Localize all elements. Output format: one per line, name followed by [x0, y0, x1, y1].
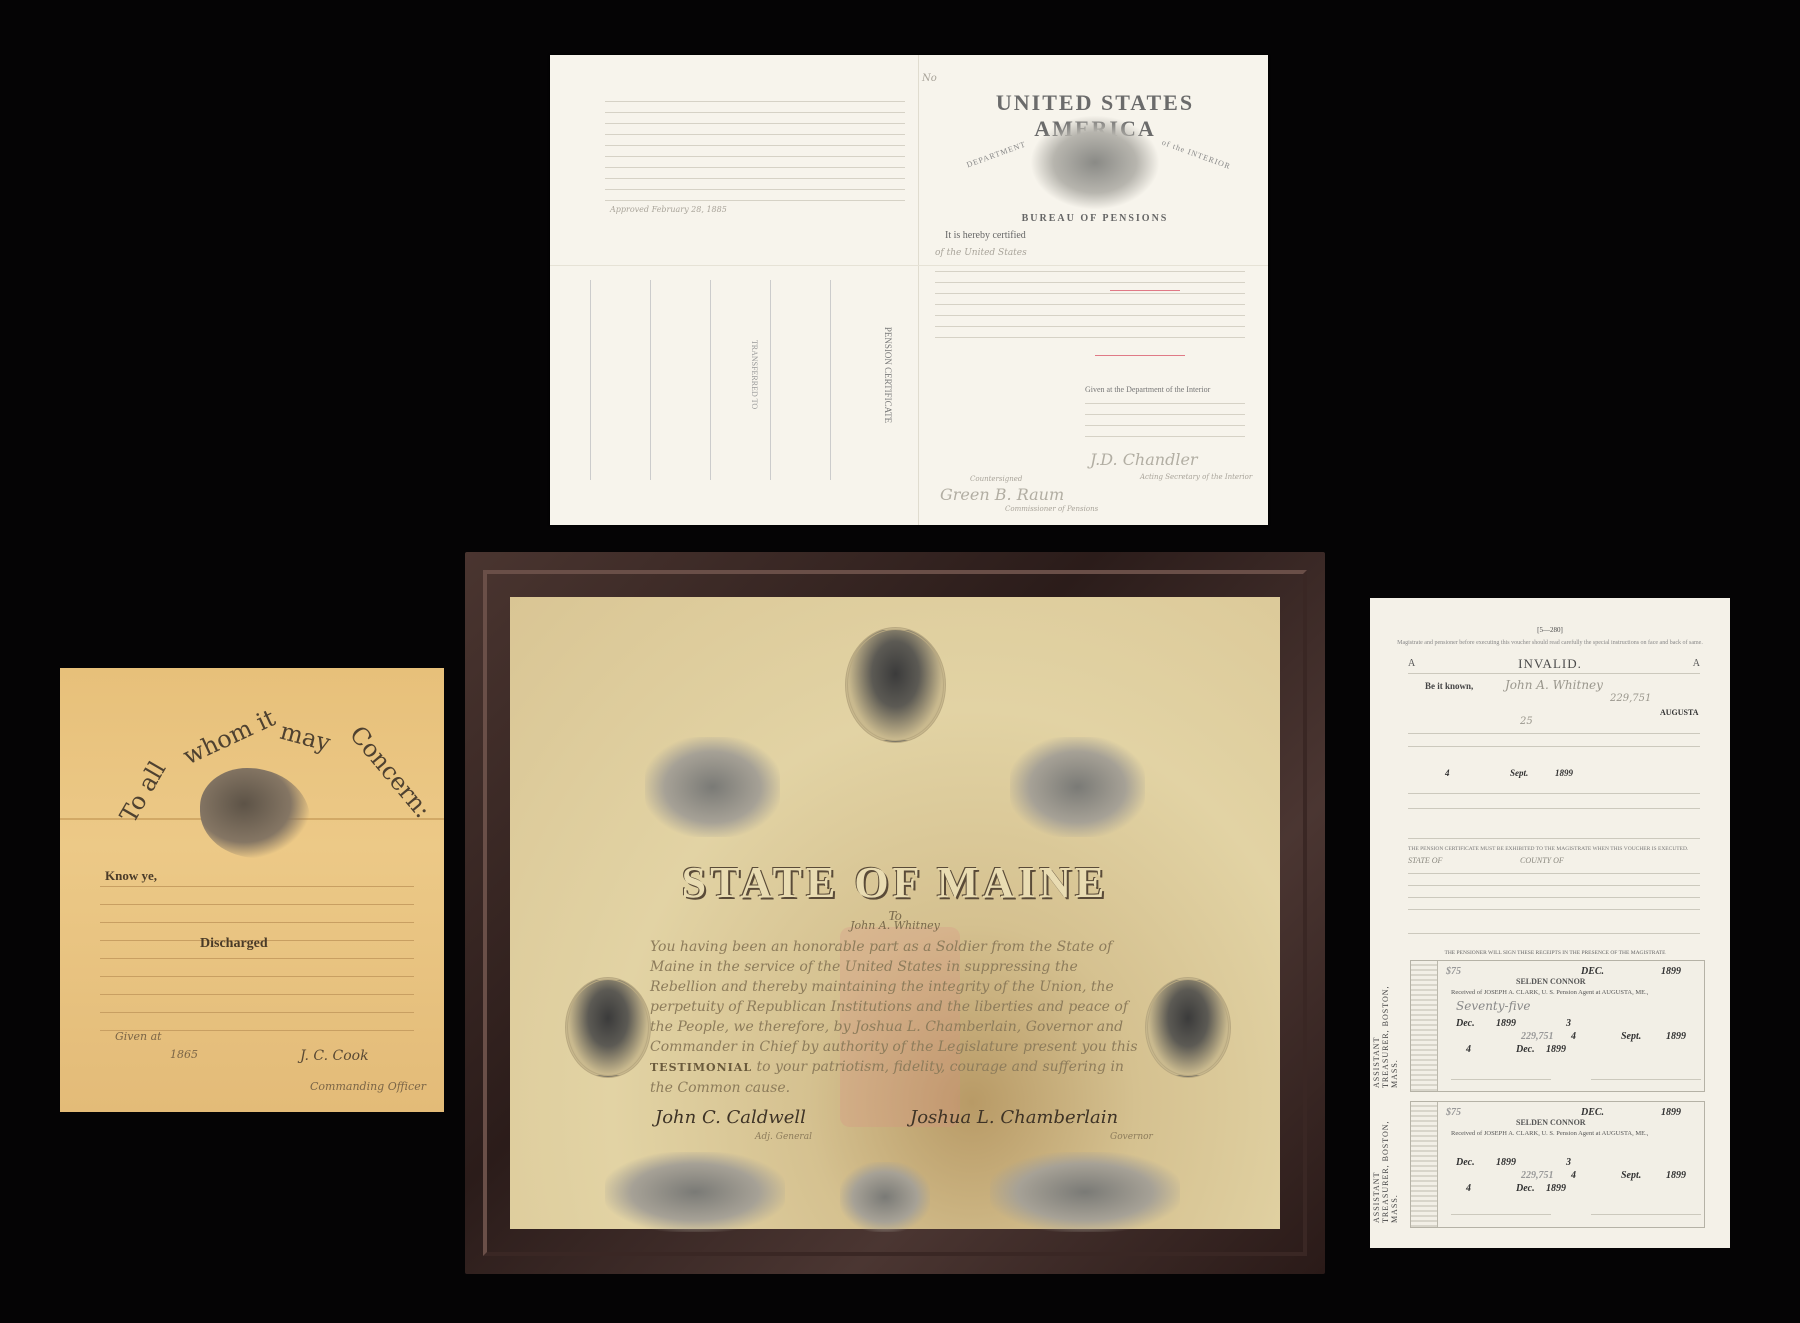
- testimonial-body: You having been an honorable part as a S…: [650, 937, 1140, 1098]
- portrait-left-officer: [565, 977, 651, 1078]
- dated-year: 1899: [1496, 1018, 1516, 1029]
- treasurer-label: ASSISTANT TREASURER, BOSTON, MASS.: [1372, 1113, 1386, 1223]
- framed-maine-testimonial: STATE OF MAINE To John A. Whitney You ha…: [465, 552, 1325, 1274]
- text-line: [1408, 909, 1700, 910]
- to-month: Dec.: [1516, 1183, 1535, 1194]
- text-line: [1408, 933, 1700, 934]
- receipt-year: 1899: [1661, 1107, 1681, 1118]
- receipt-month: DEC.: [1581, 1107, 1604, 1118]
- title-part: may: [277, 717, 333, 757]
- signature-caldwell: John C. Caldwell: [655, 1107, 806, 1128]
- allegorical-vignette: [1030, 115, 1160, 210]
- pension-stub: PENSION CERTIFICATE TRANSFERRED TO: [590, 280, 910, 480]
- text-line: [1408, 897, 1700, 898]
- text-line: [100, 1012, 414, 1013]
- vignette-seal-figures: [840, 1162, 930, 1232]
- blank-line: [1408, 838, 1700, 839]
- instructions: Magistrate and pensioner before executin…: [1370, 640, 1730, 646]
- invalid-pension-voucher: [5—280] Magistrate and pensioner before …: [1370, 598, 1730, 1248]
- pension-certificate: Approved February 28, 1885 PENSION CERTI…: [550, 55, 1268, 525]
- to-year: 1899: [1546, 1044, 1566, 1055]
- from-month: Sept.: [1621, 1031, 1641, 1042]
- text-line: [100, 922, 414, 923]
- title-part: Concern:: [344, 721, 437, 824]
- dated: Dec.: [1456, 1018, 1475, 1029]
- text-line: [100, 904, 414, 905]
- testimonial-word: TESTIMONIAL: [650, 1061, 752, 1074]
- text-line: [100, 994, 414, 995]
- sign-notice: THE PENSIONER WILL SIGN THESE RECEIPTS I…: [1410, 950, 1700, 956]
- cert-no: 229,751: [1521, 1031, 1554, 1042]
- blank-line: [1408, 746, 1700, 747]
- receipt-amount: $75: [1446, 1107, 1461, 1118]
- from-year: 1899: [1666, 1031, 1686, 1042]
- text-line: [100, 886, 414, 887]
- from-day: 4: [1571, 1170, 1576, 1181]
- certificate-body: [935, 265, 1245, 342]
- blank-line: [1408, 793, 1700, 794]
- vignette-army-encampment: [990, 1152, 1180, 1232]
- received-line: Received of JOSEPH A. CLARK, U. S. Pensi…: [1451, 989, 1648, 996]
- agency-name: AUGUSTA: [1660, 708, 1699, 717]
- exhibit-notice: THE PENSION CERTIFICATE MUST BE EXHIBITE…: [1408, 846, 1700, 852]
- from-day: 4: [1571, 1031, 1576, 1042]
- commissioner-signature: Green B. Raum: [940, 485, 1064, 504]
- portrait-chamberlain: [845, 627, 946, 743]
- from-month: Sept.: [1510, 768, 1528, 778]
- agent-name: SELDEN CONNOR: [1516, 977, 1586, 986]
- to-day: 4: [1466, 1183, 1471, 1194]
- text-line: [1408, 873, 1700, 874]
- agent-name: SELDEN CONNOR: [1516, 1118, 1586, 1127]
- signature-chamberlain: Joshua L. Chamberlain: [910, 1107, 1118, 1128]
- monthly-rate: 25: [1520, 716, 1533, 727]
- receipt-stub: [1411, 1102, 1438, 1227]
- voucher-title: INVALID.: [1370, 656, 1730, 672]
- blank-line: [1408, 808, 1700, 809]
- vignette-soldier-departing: [645, 737, 780, 837]
- vignette-soldier-return: [1010, 737, 1145, 837]
- given-at-text: [1085, 397, 1245, 441]
- bureau-of-pensions: BUREAU OF PENSIONS: [935, 213, 1255, 224]
- title-part: To all: [114, 756, 171, 827]
- stub-transferred: TRANSFERRED TO: [750, 340, 759, 409]
- signature-line: [1451, 1079, 1551, 1080]
- countersigned-label: Countersigned: [970, 475, 1022, 483]
- receipt-duplicate: $75 DEC. 1899 SELDEN CONNOR Received of …: [1410, 1101, 1705, 1228]
- treasurer-label: ASSISTANT TREASURER, BOSTON, MASS.: [1372, 978, 1386, 1088]
- form-number: [5—280]: [1370, 626, 1730, 634]
- receipt-year: 1899: [1661, 966, 1681, 977]
- sig-right-title: Governor: [1110, 1132, 1153, 1142]
- vignette-naval-battle: [605, 1152, 785, 1232]
- fold-line: [918, 55, 919, 525]
- from-year: 1899: [1555, 768, 1573, 778]
- pensioner-name: John A. Whitney: [1505, 678, 1603, 692]
- department-label: DEPARTMENT: [965, 140, 1027, 170]
- signature-line: [1451, 1214, 1551, 1215]
- divider: [1408, 673, 1700, 674]
- body-text: You having been an honorable part as a S…: [650, 939, 1138, 1055]
- stub-title: PENSION CERTIFICATE: [883, 327, 893, 423]
- body-line: of the United States: [935, 248, 1027, 258]
- be-it-known: Be it known,: [1425, 681, 1473, 691]
- sig-left-title: Adj. General: [755, 1132, 812, 1142]
- given-at: Given at: [115, 1030, 162, 1043]
- receipt-stub: [1411, 961, 1438, 1091]
- county-of: COUNTY OF: [1520, 856, 1564, 865]
- secretary-title: Acting Secretary of the Interior: [1140, 473, 1252, 481]
- given-at: Given at the Department of the Interior: [1085, 385, 1210, 394]
- blank-line: [1408, 733, 1700, 734]
- from-year: 1899: [1666, 1170, 1686, 1181]
- commissioner-title: Commissioner of Pensions: [1005, 505, 1098, 513]
- dated-year: 1899: [1496, 1157, 1516, 1168]
- officer-title: Commanding Officer: [310, 1080, 426, 1093]
- to-month: Dec.: [1516, 1044, 1535, 1055]
- letter-right: A: [1693, 658, 1700, 669]
- approved-date: Approved February 28, 1885: [610, 205, 727, 214]
- receipt-month: DEC.: [1581, 966, 1604, 977]
- from-month: Sept.: [1621, 1170, 1641, 1181]
- state-of: STATE OF: [1408, 856, 1442, 865]
- text-line: [1408, 885, 1700, 886]
- to-day: 4: [1466, 1044, 1471, 1055]
- received-line: Received of JOSEPH A. CLARK, U. S. Pensi…: [1451, 1130, 1648, 1137]
- act-text-block: [605, 95, 905, 205]
- certificate-number: 229,751: [1610, 693, 1651, 704]
- discharge-certificate: To all whom it may Concern: Know ye, Dis…: [60, 668, 444, 1112]
- text-line: [100, 958, 414, 959]
- dated: Dec.: [1456, 1157, 1475, 1168]
- testimonial-paper: STATE OF MAINE To John A. Whitney You ha…: [510, 597, 1280, 1229]
- certify-line: It is hereby certified: [945, 230, 1026, 241]
- months: 3: [1566, 1018, 1571, 1029]
- secretary-signature: J.D. Chandler: [1090, 450, 1198, 469]
- red-ink-line: [1095, 355, 1185, 356]
- signature-line: [1591, 1214, 1701, 1215]
- maine-title: STATE OF MAINE: [510, 857, 1280, 908]
- officer-signature: J. C. Cook: [300, 1048, 369, 1064]
- dollars-written: Seventy-five: [1456, 999, 1530, 1013]
- discharged-label: Discharged: [200, 936, 268, 952]
- title-part: whom it: [179, 704, 280, 771]
- portrait-right-officer: [1145, 977, 1231, 1078]
- red-ink-line: [1110, 290, 1180, 291]
- from-day: 4: [1445, 768, 1450, 778]
- discharge-date: 1865: [170, 1048, 198, 1061]
- to-year: 1899: [1546, 1183, 1566, 1194]
- cert-no: 229,751: [1521, 1170, 1554, 1181]
- know-ye: Know ye,: [105, 868, 157, 884]
- interior-label: of the INTERIOR: [1161, 138, 1232, 171]
- months: 3: [1566, 1157, 1571, 1168]
- receipt-original: $75 DEC. 1899 SELDEN CONNOR Received of …: [1410, 960, 1705, 1092]
- signature-line: [1591, 1079, 1701, 1080]
- text-line: [100, 976, 414, 977]
- recipient-name: John A. Whitney: [510, 919, 1280, 932]
- receipt-amount: $75: [1446, 966, 1461, 977]
- cert-number-label: No: [922, 73, 937, 84]
